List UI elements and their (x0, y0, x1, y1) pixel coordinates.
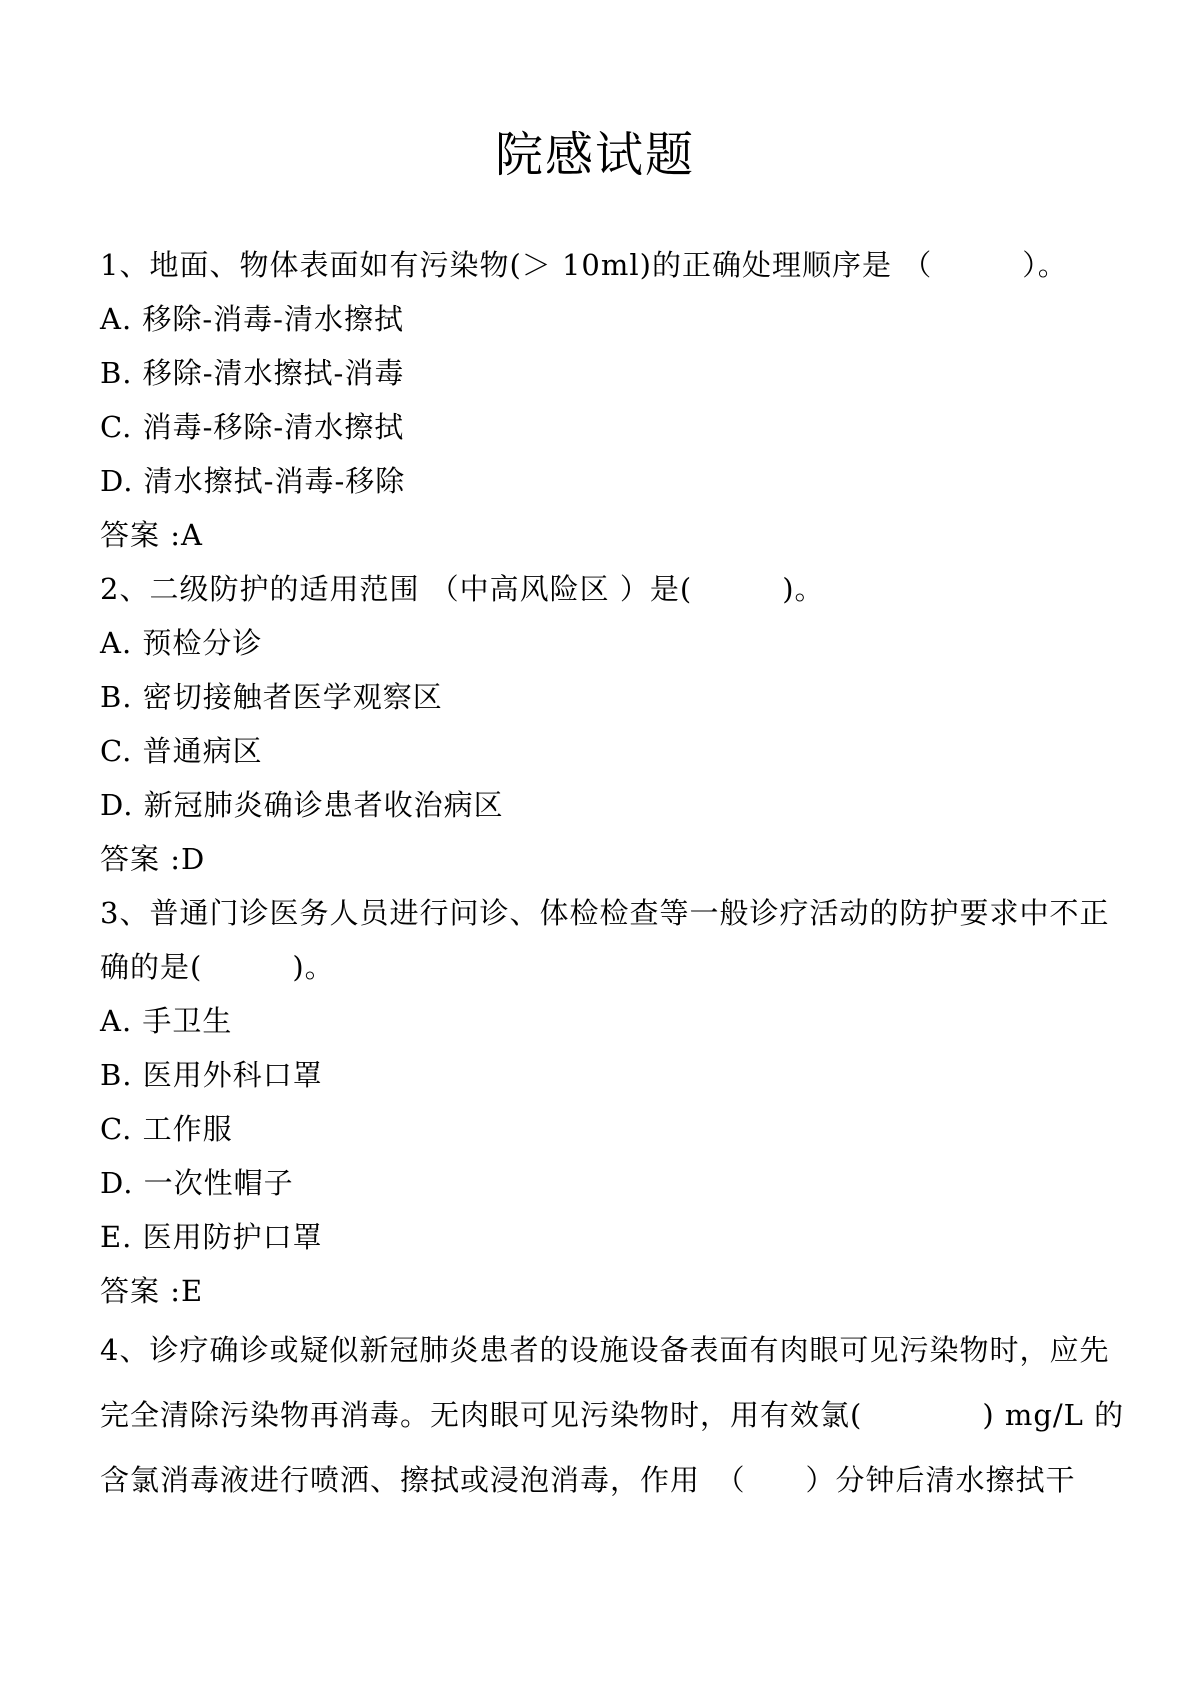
question-4-stem-line-1: 4、诊疗确诊或疑似新冠肺炎患者的设施设备表面有肉眼可见污染物时，应先 (100, 1318, 1090, 1383)
question-2-option-c: C. 普通病区 (100, 724, 1090, 778)
question-1-option-c: C. 消毒-移除-清水擦拭 (100, 400, 1090, 454)
question-1-answer: 答案 :A (100, 508, 1090, 562)
question-2: 2、二级防护的适用范围 （中高风险区 ）是( )。 A. 预检分诊 B. 密切接… (100, 562, 1090, 886)
question-3-option-e: E. 医用防护口罩 (100, 1210, 1090, 1264)
question-1-option-d: D. 清水擦拭-消毒-移除 (100, 454, 1090, 508)
question-3-option-b: B. 医用外科口罩 (100, 1048, 1090, 1102)
document-page: 院感试题 1、地面、物体表面如有污染物(＞ 10ml)的正确处理顺序是 （ ）。… (0, 0, 1190, 1683)
question-1-option-b: B. 移除-清水擦拭-消毒 (100, 346, 1090, 400)
question-4-stem-line-3: 含氯消毒液进行喷洒、擦拭或浸泡消毒，作用 （ ）分钟后清水擦拭干 (100, 1448, 1090, 1513)
question-1: 1、地面、物体表面如有污染物(＞ 10ml)的正确处理顺序是 （ ）。 A. 移… (100, 238, 1090, 562)
question-1-stem: 1、地面、物体表面如有污染物(＞ 10ml)的正确处理顺序是 （ ）。 (100, 238, 1090, 292)
question-2-stem: 2、二级防护的适用范围 （中高风险区 ）是( )。 (100, 562, 1090, 616)
question-2-option-a: A. 预检分诊 (100, 616, 1090, 670)
question-3-stem-line-1: 3、普通门诊医务人员进行问诊、体检检查等一般诊疗活动的防护要求中不正 (100, 886, 1090, 940)
question-3-answer: 答案 :E (100, 1264, 1090, 1318)
question-4: 4、诊疗确诊或疑似新冠肺炎患者的设施设备表面有肉眼可见污染物时，应先 完全清除污… (100, 1318, 1090, 1513)
question-3-option-a: A. 手卫生 (100, 994, 1090, 1048)
question-3: 3、普通门诊医务人员进行问诊、体检检查等一般诊疗活动的防护要求中不正 确的是( … (100, 886, 1090, 1318)
question-4-stem-line-2: 完全清除污染物再消毒。无肉眼可见污染物时，用有效氯( ) mg/L 的 (100, 1383, 1090, 1448)
question-3-stem-line-2: 确的是( )。 (100, 940, 1090, 994)
question-2-answer: 答案 :D (100, 832, 1090, 886)
document-title: 院感试题 (100, 118, 1090, 193)
question-3-option-c: C. 工作服 (100, 1102, 1090, 1156)
question-3-option-d: D. 一次性帽子 (100, 1156, 1090, 1210)
question-2-option-d: D. 新冠肺炎确诊患者收治病区 (100, 778, 1090, 832)
question-1-option-a: A. 移除-消毒-清水擦拭 (100, 292, 1090, 346)
question-2-option-b: B. 密切接触者医学观察区 (100, 670, 1090, 724)
